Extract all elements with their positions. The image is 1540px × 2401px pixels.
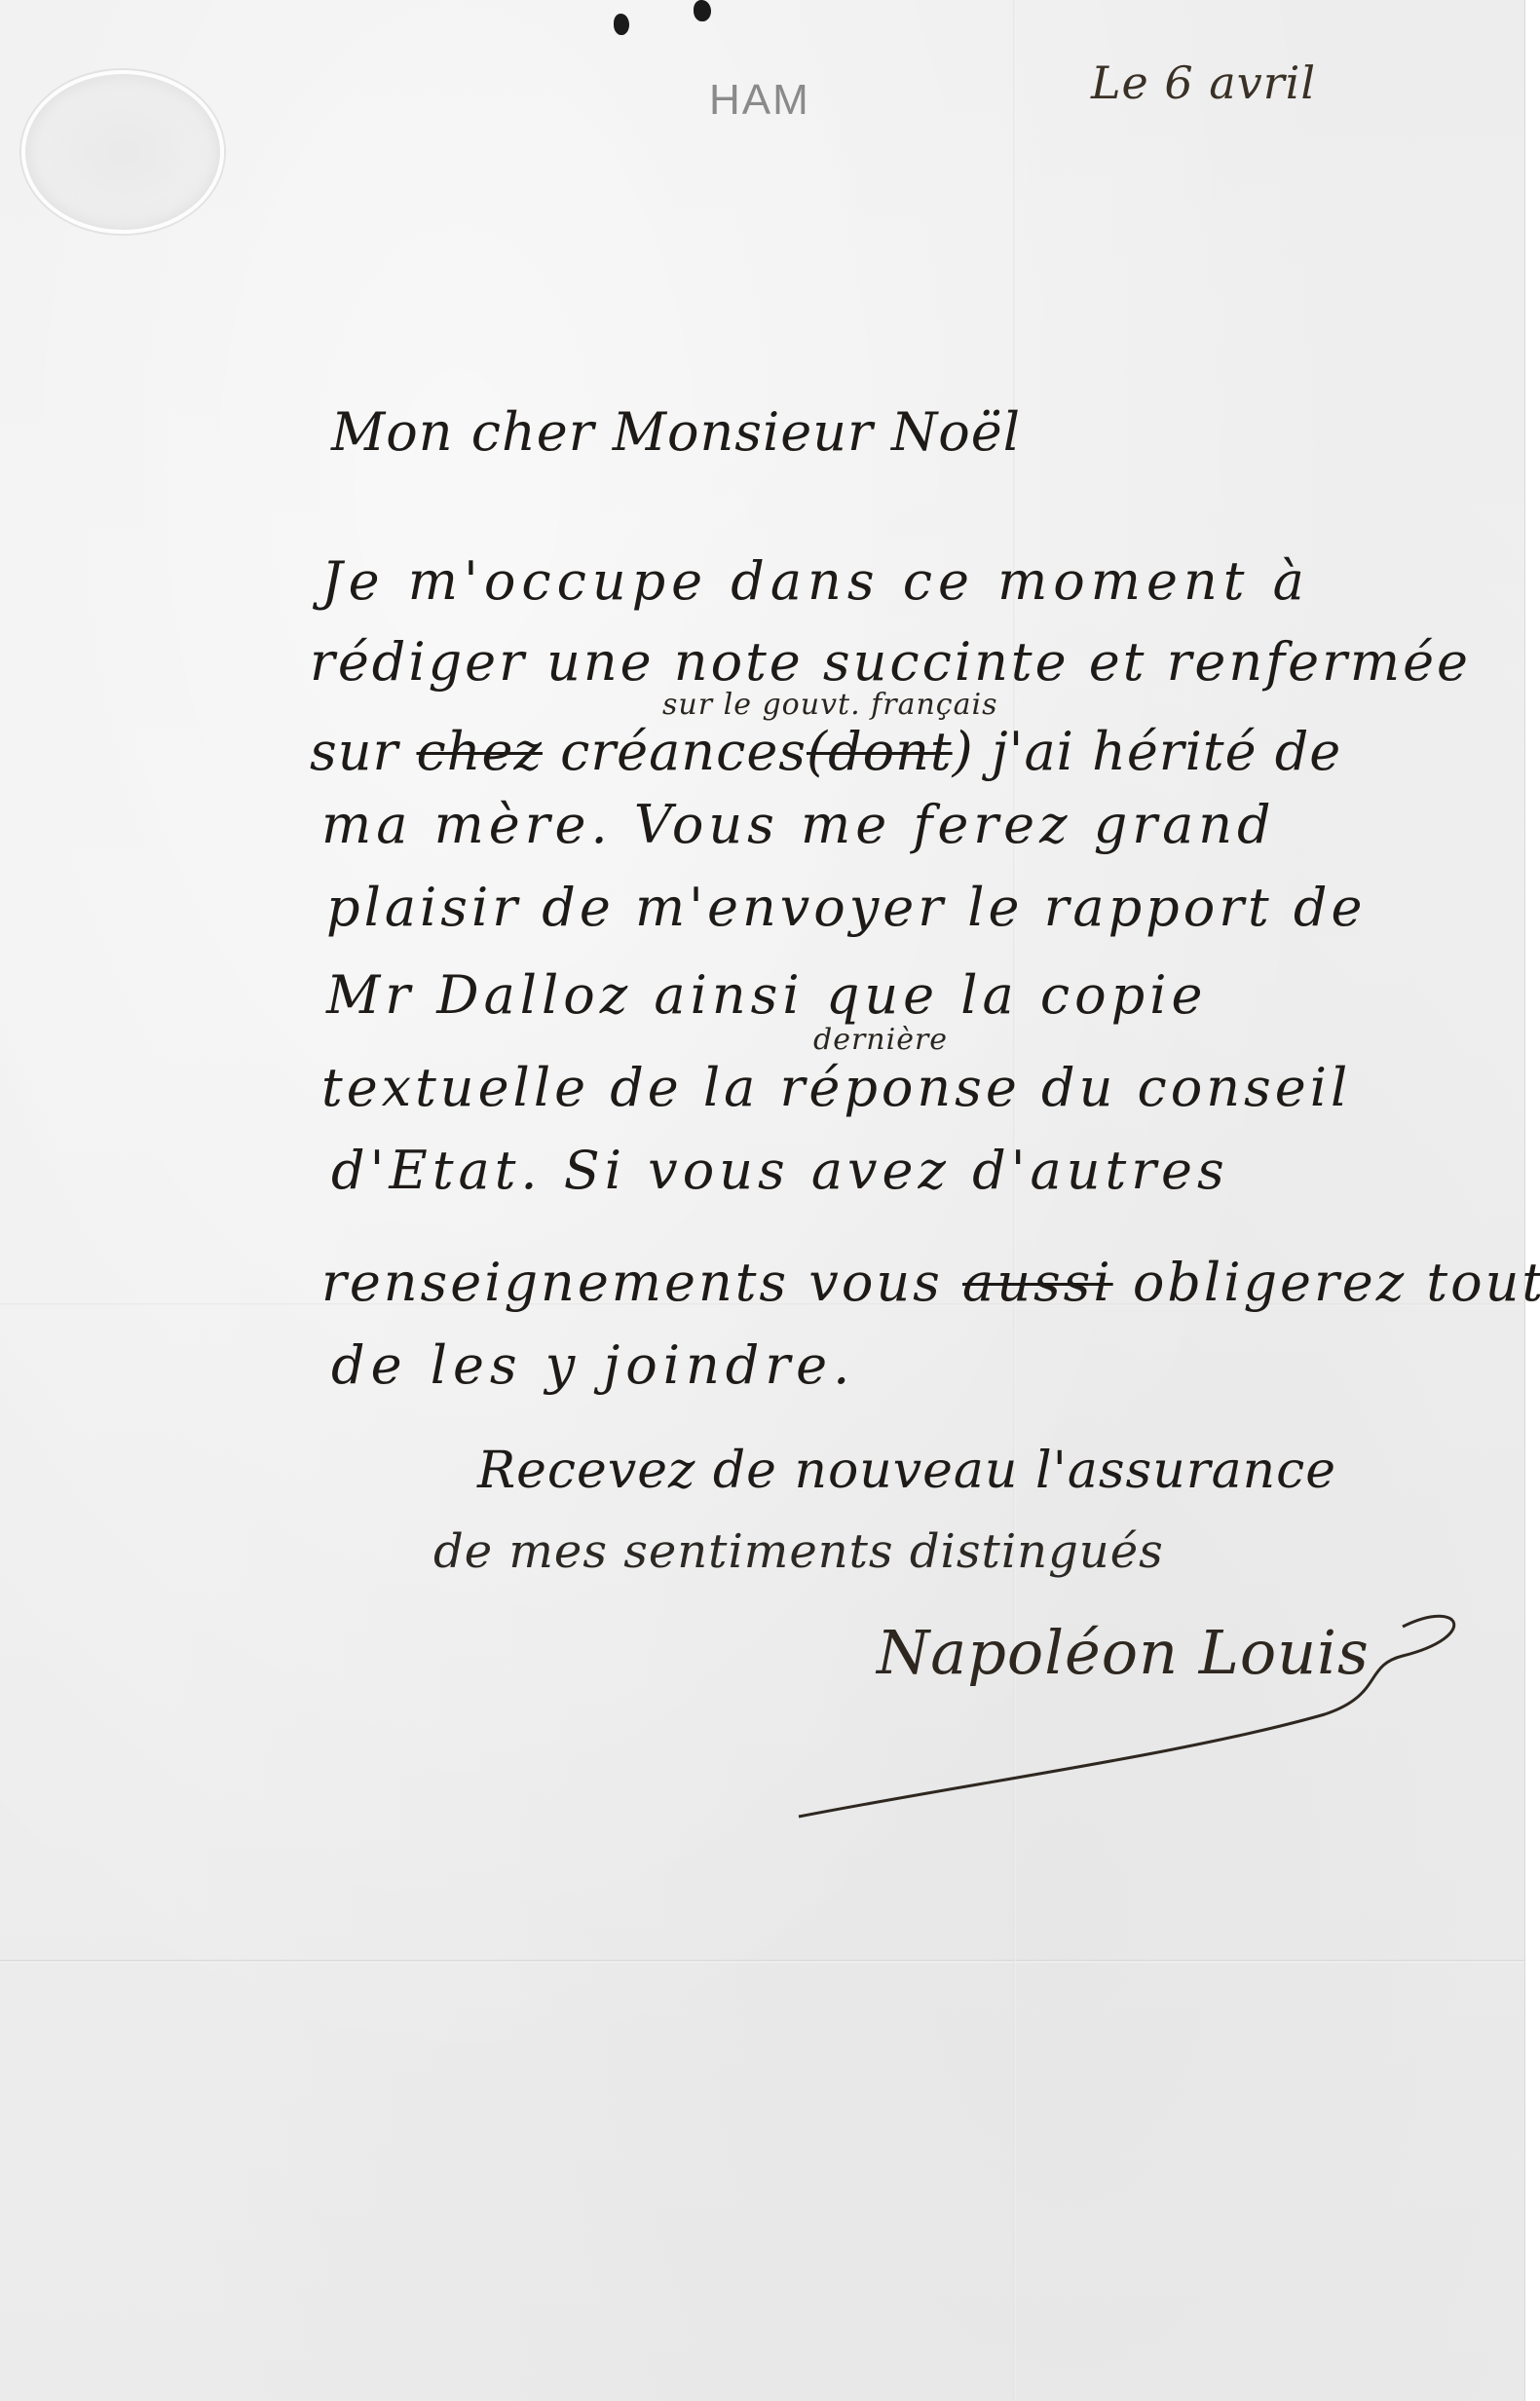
struck-word: aussi	[962, 1252, 1113, 1313]
body-line-3: sur chez créances(dont) j'ai hérité de	[310, 721, 1341, 782]
paper-fold-horizontal	[0, 1960, 1524, 1963]
pencil-annotation: HAM	[709, 76, 810, 125]
word: ) j'ai hérité de	[953, 721, 1342, 782]
word: textuelle de la	[321, 1057, 759, 1118]
body-line-7: textuelle de la réponse du conseil	[321, 1057, 1351, 1118]
body-line: de les y joindre.	[331, 1334, 855, 1396]
struck-word: (dont	[807, 721, 953, 782]
body-line: rédiger une note succinte et renfermée	[310, 631, 1471, 693]
ink-spot	[614, 14, 629, 35]
closing-line: de mes sentiments distingués	[433, 1524, 1164, 1579]
body-line: d'Etat. Si vous avez d'autres	[331, 1140, 1229, 1201]
ink-spot	[694, 0, 711, 21]
letter-paper: HAM Le 6 avril Mon cher Monsieur Noël Je…	[0, 0, 1525, 2401]
word: renseignements vous	[321, 1252, 943, 1313]
closing-line: Recevez de nouveau l'assurance	[477, 1442, 1336, 1500]
signature-flourish-icon	[779, 1607, 1481, 1831]
interlinear-insertion: dernière	[813, 1023, 948, 1057]
word: créances	[560, 721, 807, 782]
body-line: ma mère. Vous me ferez grand	[321, 794, 1276, 855]
word: sur	[310, 721, 398, 782]
body-line-9: renseignements vous aussi obligerez tout	[321, 1252, 1540, 1313]
salutation: Mon cher Monsieur Noël	[331, 401, 1021, 463]
body-line: plaisir de m'envoyer le rapport de	[326, 877, 1366, 938]
body-line: Je m'occupe dans ce moment à	[321, 550, 1310, 612]
body-line: Mr Dalloz ainsi que la copie	[326, 964, 1207, 1026]
letter-date: Le 6 avril	[1091, 56, 1316, 109]
embossed-seal-icon	[21, 70, 224, 234]
word: tout	[1426, 1252, 1540, 1313]
interlinear-insertion: sur le gouvt. français	[662, 688, 997, 722]
word: réponse du conseil	[780, 1057, 1352, 1118]
struck-word: chez	[416, 721, 542, 782]
word: obligerez	[1133, 1252, 1407, 1313]
